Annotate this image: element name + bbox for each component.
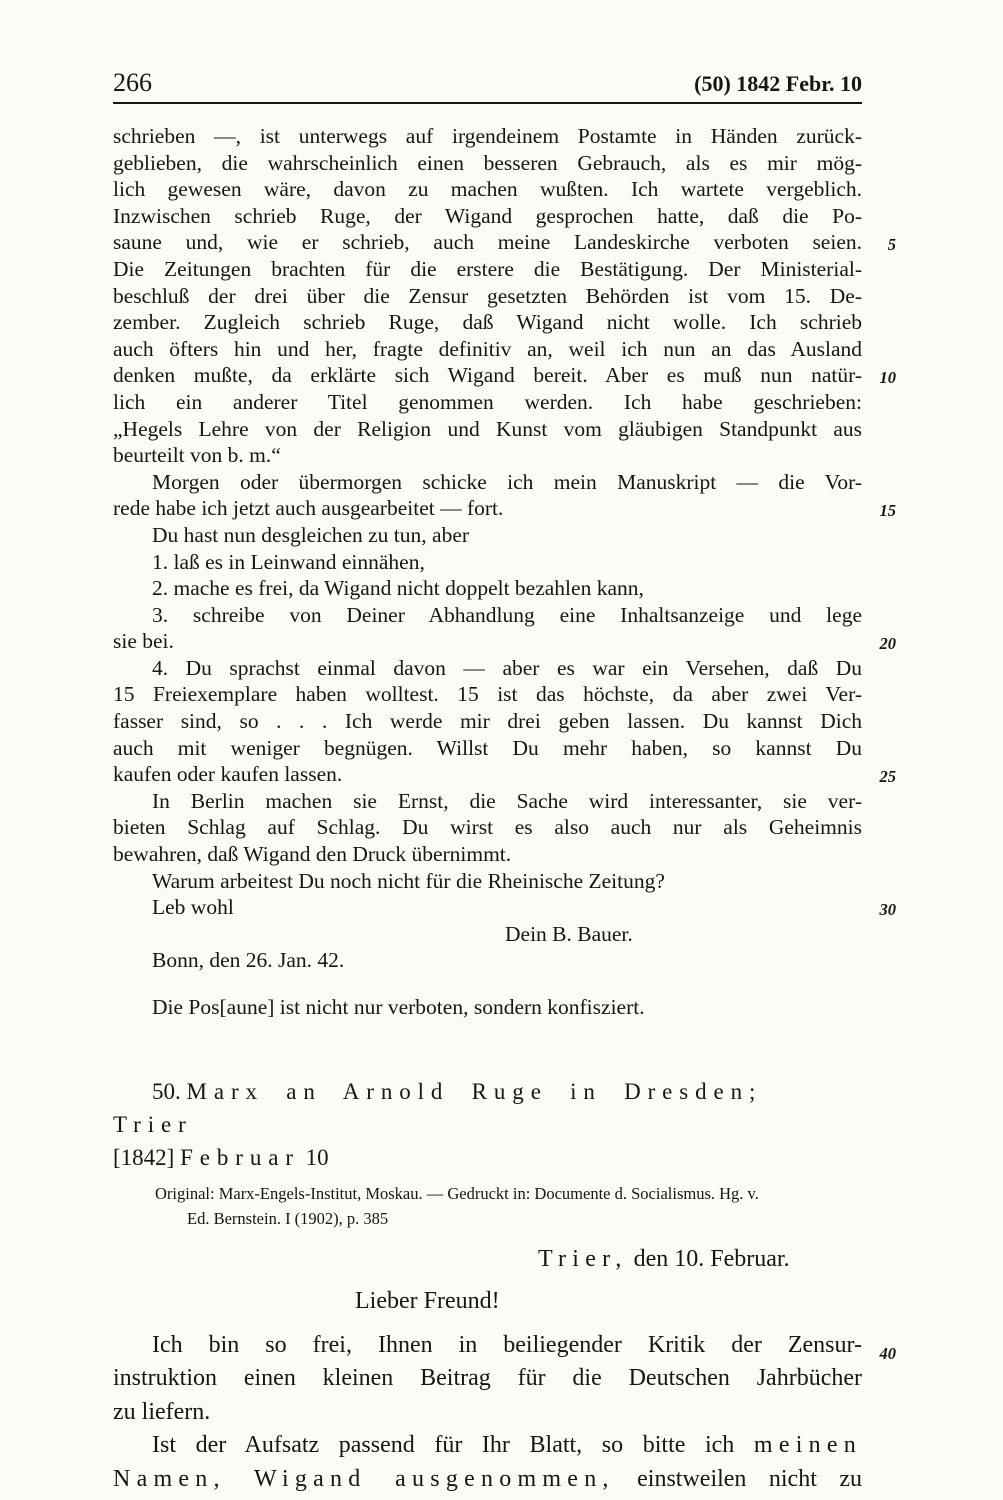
text-line: Ich bin so frei, Ihnen in beiliegender K… xyxy=(113,1329,862,1363)
text-segment: 1. laß es in Leinwand einnähen, xyxy=(152,550,425,574)
text-segment: Morgen oder übermorgen schicke ich mein … xyxy=(152,470,862,494)
text-segment: 15 Freiexemplare haben wolltest. 15 ist … xyxy=(113,682,862,706)
letter-51-heading: 50. Marx an Arnold Ruge in Dresden; Trie… xyxy=(113,1075,862,1174)
text-line: zu liefern. xyxy=(113,1396,862,1430)
text-line: Inzwischen schrieb Ruge, der Wigand gesp… xyxy=(113,203,862,230)
text-segment: Warum arbeitest Du noch nicht für die Rh… xyxy=(152,869,665,893)
text-segment: saune und, wie er schrieb, auch meine La… xyxy=(113,230,862,254)
letterspaced-text: Marx an Arnold Ruge in Dresden; Trier xyxy=(113,1079,762,1137)
text-segment: einstweilen nicht zu xyxy=(615,1466,862,1492)
text-segment: 50. xyxy=(152,1079,187,1104)
text-line: kaufen oder kaufen lassen.25 xyxy=(113,761,862,788)
text-segment: Original: Marx-Engels-Institut, Moskau. … xyxy=(155,1184,759,1203)
text-line: auch öfters hin und her, fragte definiti… xyxy=(113,336,862,363)
text-segment: auch öfters hin und her, fragte definiti… xyxy=(113,337,862,361)
text-segment: 2. mache es frei, da Wigand nicht doppel… xyxy=(152,576,644,600)
text-line: bewahren, daß Wigand den Druck übernimmt… xyxy=(113,841,862,868)
text-segment: In Berlin machen sie Ernst, die Sache wi… xyxy=(152,789,862,813)
text-segment: Die Zeitungen brachten für die erstere d… xyxy=(113,257,862,281)
text-segment: sie bei. xyxy=(113,629,174,653)
text-segment: 3. schreibe von Deiner Abhandlung eine I… xyxy=(152,603,862,627)
text-segment: Ist der Aufsatz passend für Ihr Blatt, s… xyxy=(152,1432,754,1458)
text-line: In Berlin machen sie Ernst, die Sache wi… xyxy=(113,788,862,815)
text-segment: geblieben, die wahrscheinlich einen bess… xyxy=(113,151,862,175)
text-segment: den 10. Februar. xyxy=(628,1246,790,1272)
text-line: Morgen oder übermorgen schicke ich mein … xyxy=(113,469,862,496)
running-title: (50) 1842 Febr. 10 xyxy=(694,69,862,99)
text-segment: 10 xyxy=(300,1145,329,1170)
text-line: lich ein anderer Titel genommen werden. … xyxy=(113,389,862,416)
text-line: Warum arbeitest Du noch nicht für die Rh… xyxy=(113,868,862,895)
margin-line-number: 30 xyxy=(880,897,897,924)
text-line: zember. Zugleich schrieb Ruge, daß Wigan… xyxy=(113,309,862,336)
text-line: 4. Du sprachst einmal davon — aber es wa… xyxy=(113,655,862,682)
text-segment: beurteilt von b. m.“ xyxy=(113,443,281,467)
text-line: 15 Freiexemplare haben wolltest. 15 ist … xyxy=(113,681,862,708)
letter-50-continuation: schrieben —, ist unterwegs auf irgendein… xyxy=(113,123,862,974)
letterspaced-text: Namen, Wigand ausgenommen, xyxy=(113,1466,615,1492)
text-line: bieten Schlag auf Schlag. Du wirst es al… xyxy=(113,814,862,841)
text-segment: „Hegels Lehre von der Religion und Kunst… xyxy=(113,417,862,441)
text-line: Original: Marx-Engels-Institut, Moskau. … xyxy=(113,1181,862,1206)
letterspaced-text: meinen xyxy=(754,1432,862,1458)
text-segment: Dein B. Bauer. xyxy=(505,922,633,946)
text-line: Die Pos[aune] ist nicht nur verboten, so… xyxy=(113,994,862,1021)
text-line: Trier, den 10. Februar. xyxy=(538,1242,862,1276)
page-number: 266 xyxy=(113,68,152,98)
source-note: Original: Marx-Engels-Institut, Moskau. … xyxy=(113,1181,862,1231)
header-rule xyxy=(113,102,862,104)
text-segment: kaufen oder kaufen lassen. xyxy=(113,762,342,786)
text-segment: Ich bin so frei, Ihnen in beiliegender K… xyxy=(152,1332,862,1358)
running-head: 266 (50) 1842 Febr. 10 xyxy=(113,68,862,99)
margin-line-number: 10 xyxy=(880,365,897,392)
text-segment: bieten Schlag auf Schlag. Du wirst es al… xyxy=(113,815,862,839)
letterspaced-text: Februar xyxy=(180,1145,300,1170)
text-segment: fasser sind, so . . . Ich werde mir drei… xyxy=(113,709,862,733)
text-segment: bewahren, daß Wigand den Druck übernimmt… xyxy=(113,842,511,866)
text-segment: [1842] xyxy=(113,1145,180,1170)
letterspaced-text: Trier, xyxy=(538,1246,628,1272)
text-line: 2. mache es frei, da Wigand nicht doppel… xyxy=(113,575,862,602)
text-segment: zember. Zugleich schrieb Ruge, daß Wigan… xyxy=(113,310,862,334)
text-line: geblieben, die wahrscheinlich einen bess… xyxy=(113,150,862,177)
text-line: 3. schreibe von Deiner Abhandlung eine I… xyxy=(113,602,862,629)
margin-line-number: 20 xyxy=(880,631,897,658)
text-segment: Ed. Bernstein. I (1902), p. 385 xyxy=(187,1209,388,1228)
text-line: Dein B. Bauer. xyxy=(505,921,862,948)
text-line: beschluß der drei über die Zensur gesetz… xyxy=(113,283,862,310)
margin-line-number: 15 xyxy=(880,498,897,525)
text-segment: Inzwischen schrieb Ruge, der Wigand gesp… xyxy=(113,204,862,228)
text-line: sie bei.20 xyxy=(113,628,862,655)
text-segment: Bonn, den 26. Jan. 42. xyxy=(152,948,344,972)
text-segment: lich gewesen wäre, davon zu machen wußte… xyxy=(113,177,862,201)
text-line: Leb wohl30 xyxy=(113,894,862,921)
text-segment: lich ein anderer Titel genommen werden. … xyxy=(113,390,862,414)
text-line: auch mit weniger begnügen. Willst Du meh… xyxy=(113,735,862,762)
margin-line-number: 25 xyxy=(880,764,897,791)
text-segment: beschluß der drei über die Zensur gesetz… xyxy=(113,284,862,308)
letter-opening: Trier, den 10. Februar.Lieber Freund! xyxy=(113,1242,862,1318)
text-segment: Du hast nun desgleichen zu tun, aber xyxy=(152,523,469,547)
text-segment: 4. Du sprachst einmal davon — aber es wa… xyxy=(152,656,862,680)
text-line: 1. laß es in Leinwand einnähen, xyxy=(113,549,862,576)
text-line: lich gewesen wäre, davon zu machen wußte… xyxy=(113,176,862,203)
letter-postscript: Die Pos[aune] ist nicht nur verboten, so… xyxy=(113,994,862,1021)
text-line: Du hast nun desgleichen zu tun, aber xyxy=(113,522,862,549)
text-line: „Hegels Lehre von der Religion und Kunst… xyxy=(113,416,862,443)
text-segment: Die Pos[aune] ist nicht nur verboten, so… xyxy=(152,995,645,1019)
text-line: rede habe ich jetzt auch ausgearbeitet —… xyxy=(113,495,862,522)
text-segment: zu liefern. xyxy=(113,1399,210,1425)
text-line: denken mußte, da erklärte sich Wigand be… xyxy=(113,362,862,389)
text-line: Ist der Aufsatz passend für Ihr Blatt, s… xyxy=(113,1429,862,1463)
text-line: 50. Marx an Arnold Ruge in Dresden; Trie… xyxy=(113,1075,862,1141)
text-line: saune und, wie er schrieb, auch meine La… xyxy=(113,229,862,256)
text-segment: rede habe ich jetzt auch ausgearbeitet —… xyxy=(113,496,503,520)
text-line: [1842] Februar 10 xyxy=(113,1141,862,1174)
letter-body: Ich bin so frei, Ihnen in beiliegender K… xyxy=(113,1329,862,1497)
text-segment: denken mußte, da erklärte sich Wigand be… xyxy=(113,363,862,387)
page-content: 266 (50) 1842 Febr. 10 schrieben —, ist … xyxy=(113,68,862,1496)
text-segment: Leb wohl xyxy=(152,895,234,919)
text-segment: instruktion einen kleinen Beitrag für di… xyxy=(113,1365,862,1391)
text-line: Die Zeitungen brachten für die erstere d… xyxy=(113,256,862,283)
margin-line-number: 5 xyxy=(888,232,896,259)
text-line: Ed. Bernstein. I (1902), p. 385 xyxy=(113,1206,862,1231)
text-segment: Lieber Freund! xyxy=(355,1288,500,1314)
book-page: 266 (50) 1842 Febr. 10 schrieben —, ist … xyxy=(0,0,1003,1500)
text-line: schrieben —, ist unterwegs auf irgendein… xyxy=(113,123,862,150)
text-line: beurteilt von b. m.“ xyxy=(113,442,862,469)
margin-line-number: 40 xyxy=(880,1337,897,1371)
text-segment: schrieben —, ist unterwegs auf irgendein… xyxy=(113,124,862,148)
text-line: instruktion einen kleinen Beitrag für di… xyxy=(113,1362,862,1396)
text-line: Lieber Freund! xyxy=(355,1284,862,1318)
text-segment: auch mit weniger begnügen. Willst Du meh… xyxy=(113,736,862,760)
text-line: fasser sind, so . . . Ich werde mir drei… xyxy=(113,708,862,735)
text-line: Bonn, den 26. Jan. 42. xyxy=(113,947,862,974)
text-line: Namen, Wigand ausgenommen, einstweilen n… xyxy=(113,1463,862,1497)
